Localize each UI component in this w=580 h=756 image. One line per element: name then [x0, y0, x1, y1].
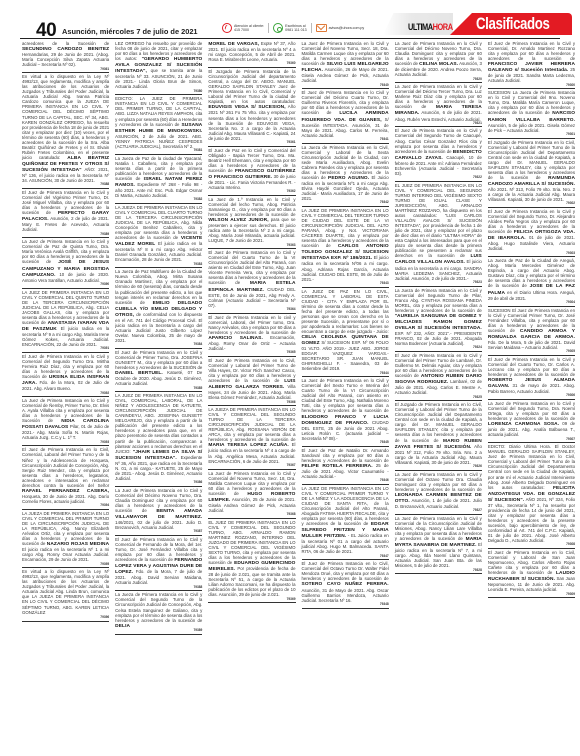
notice-reference-number: 79365 [208, 351, 295, 355]
notice-reference-number: 79393 [22, 441, 109, 445]
notice-reference-number: 79388 [115, 586, 202, 590]
notice-body: El Juez de Primera Instancia en lo Civil… [208, 358, 295, 383]
notice-reference-number: 79342 [302, 201, 389, 205]
notice-body: El Juez de Primera Instancia en lo Civil… [22, 447, 109, 487]
notice-reference-number: 79369 [208, 598, 295, 602]
contact-whatsapp-value: 0981 111 013 [285, 28, 306, 32]
notice-body: La Juez de Primera Instancia en lo Civil… [302, 378, 389, 413]
legal-notice: La Juez de Primera Instancia en lo Civil… [302, 377, 389, 446]
notice-reference-number: 79320 [395, 78, 482, 82]
legal-notice: LEZ ORREGO ha resuelto por proveído de f… [115, 40, 202, 95]
mail-icon [316, 24, 327, 32]
notice-reference-number: 79322 [395, 176, 482, 180]
notice-reference-number: 79321 [395, 122, 482, 126]
notice-footer: Asunción, 31 de Mayo de 2021. Abg. Oscar… [302, 588, 389, 603]
notice-body: La Jueza de Paz Multifuero de la Ciudad … [115, 269, 202, 304]
legal-notice: El Juzgado de Primera Instancia en lo Ci… [395, 401, 482, 470]
page-header: 40 Asunción, miércoles 7 de julio de 202… [0, 0, 580, 40]
notice-reference-number: 79340 [302, 84, 389, 88]
legal-notice: El Juez de Primera Instancia en lo Civil… [488, 356, 575, 400]
notice-body: La Juez de 1.º Instancia en lo Civil y C… [208, 197, 295, 217]
contact-whatsapp[interactable]: Escribinos al 0981 111 013 [273, 23, 311, 33]
legal-notice: EDICTO: LA JUEZ DE PRIMERA INSTANCIA EN … [115, 95, 202, 154]
legal-notice: La Juez de Primera Instancia en lo Civil… [395, 471, 482, 515]
legal-notice: SUCESION El Juez de Primera Instancia en… [488, 307, 575, 356]
legal-notice: La Juez de Primera Instancia en lo Civil… [302, 40, 389, 89]
legal-notice: LA JUEZ DE PRIMERA INSTANCIA EN LO CIVIL… [22, 289, 109, 353]
notice-reference-number: 79364 [208, 308, 295, 312]
notice-body: El Juzgado de Primera Instancia en lo Ci… [488, 140, 575, 180]
notice-body: El Juez de Primera Instancia en lo Civil… [488, 41, 575, 61]
notice-body: EL JUEZ DE PRIMERA INSTANCIA EN LO CIVIL… [395, 183, 482, 259]
notice-reference-number: 79367 [208, 464, 295, 468]
notice-reference-number: 79363 [208, 244, 295, 248]
legal-notice: MOREL DE VARGAS, Expte Nº 37, Año 2021. … [208, 40, 295, 68]
contact-phone[interactable]: Atención al cliente: 415 7000 [222, 23, 269, 33]
brand-part-hora: HORA [433, 22, 453, 33]
notice-footer: Hernandarias, 29 de Junio de 2021. (Abog… [22, 52, 109, 67]
contact-phone-label: Atención al cliente: [234, 24, 264, 28]
notice-reference-number: 79309 [488, 593, 575, 597]
brand-part-ultima: ULTIMA [408, 22, 433, 33]
notice-body: El Juzgado de Primera Instancia de la Ci… [208, 69, 295, 104]
notice-reference-number: 79326 [395, 465, 482, 469]
notice-reference-number: 79304 [488, 301, 575, 305]
whatsapp-icon [273, 23, 283, 33]
notice-reference-number: 79380 [115, 90, 202, 94]
notice-reference-number: 79388 [22, 183, 109, 187]
notice-reference-number: 79382 [115, 198, 202, 202]
legal-notice: El Juez de Primera Instancia en lo Civil… [208, 357, 295, 406]
notice-footer: AÑO 2021, Nº 324, Folio 37 vlto., Secret… [488, 497, 575, 543]
notice-body: El Juez de Primera Instancia en lo Civil… [115, 350, 202, 370]
notice-reference-number: 79392 [22, 392, 109, 396]
notice-reference-number: 79361 [22, 68, 109, 72]
notice-body: LA JUEZ DE PRIMERA INSTANCIA EN LO CIVIL… [22, 290, 109, 325]
legal-notice: En virtud a lo dispuesto en la Ley Nº 49… [22, 73, 109, 189]
notice-footer: Año 2021 Nº 261 Fo 75 Vlto. cita y empla… [208, 104, 295, 140]
notice-body: La Jueza de Primera Instancia en lo Civi… [395, 288, 482, 313]
legal-notice: La Juez de Primera Instancia en lo Civil… [22, 238, 109, 288]
notice-footer: Horqueta, 30 de Junio de 2021. Abg. Darí… [22, 494, 109, 504]
legal-notice: LA JUEZA DE PRIMERA INSTANCIA EN LO CIVI… [115, 204, 202, 268]
notice-body: El Juez de Paz de Natalio Dr. Armando Sa… [302, 448, 389, 463]
legal-notice: El Juzgado de Primera Instancia en lo Ci… [488, 139, 575, 208]
notice-reference-number: 79324 [395, 346, 482, 350]
notice-reference-number: 79308 [488, 543, 575, 547]
notice-body: LA JUEZ DE PRIMERA INSTANCIA EN LO CIVIL… [302, 208, 389, 248]
notice-reference-number: 79325 [395, 396, 482, 400]
notice-reference-number: 79396 [22, 616, 109, 620]
notice-reference-number: 79389 [22, 233, 109, 237]
notice-deceased-name: "AURELIA SANGUINA DE GOMEZ Y MILCIADES R… [395, 314, 482, 331]
notice-reference-number: 79389 [115, 629, 202, 633]
notice-footer: Fdo. De la Mora, 5 de julio de 2021. Dav… [488, 340, 575, 350]
notice-reference-number: 79394 [22, 504, 109, 508]
legal-notice: El Juez de Primera Instancia en lo Civil… [395, 127, 482, 181]
notice-reference-number: 79387 [115, 530, 202, 534]
legal-notice: El Juez de Primera Instancia en lo Civil… [302, 560, 389, 608]
notice-reference-number: 79390 [22, 283, 109, 287]
legal-notice: El Juez de Paz de Natalio Dr. Armando Sa… [302, 447, 389, 485]
legal-notice: El Juez de Primera Instancia en lo Civil… [395, 352, 482, 401]
legal-notice: El Juez de Primera Instancia en lo Civil… [302, 89, 389, 143]
notice-footer: 146/2021, 02 de julio de 2021. Julio D. … [115, 520, 202, 530]
legal-notice: La Jueza de Paz de la Ciudad de Areguá, … [488, 257, 575, 306]
legal-notice: El Juez de Primera Instancia en lo Civil… [22, 189, 109, 238]
notice-reference-number: 79341 [302, 138, 389, 142]
notice-body: La Juez de Primera Instancia en lo Civil… [395, 472, 482, 492]
legal-notice: La Jueza de Paz de la ciudad de Ypacaraí… [115, 155, 202, 204]
column-1: acreedores de la Sucesión de SECUNDINO C… [20, 40, 111, 756]
notice-reference-number: 79391 [22, 347, 109, 351]
legal-notice: LA JUEZ DE PAZ EN LO CIVIL, COMERCIAL Y … [302, 288, 389, 378]
notice-reference-number: 79327 [395, 509, 482, 513]
notice-reference-number: 79395 [22, 563, 109, 567]
column-5: La Juez de Primera Instancia en lo Civil… [393, 40, 484, 756]
notice-reference-number: 79360 [208, 62, 295, 66]
legal-notice: LA JUEZ DE PRIMERA INSTANCIA EN LO CIVIL… [302, 485, 389, 561]
header-rule [20, 38, 560, 39]
legal-notice: El Juez de Primera Instancia en lo Civil… [115, 349, 202, 392]
notice-reference-number: 79381 [115, 149, 202, 153]
notice-reference-number: 79361 [208, 141, 295, 145]
phone-icon [222, 23, 232, 33]
legal-notice: El Juez de Paz en lo Civil y Comercial d… [208, 147, 295, 196]
notice-body: EL JUEZ DE PRIMERA INSTANCIA EN LO CIVIL… [208, 520, 295, 565]
notice-body: LA JUEZ DE PAZ EN LO CIVIL, COMERCIAL Y … [302, 289, 389, 334]
notice-reference-number: 79346 [302, 479, 389, 483]
notice-body: El Juez de Primera Instancia en lo Civil… [302, 561, 389, 581]
notice-body: LA JUEZA DE PRIMERA INSTANCIA EN LO CIVI… [22, 511, 109, 546]
notice-reference-number: 79328 [395, 569, 482, 573]
legal-notice: LA JUEZA DE PRIMERA INSTANCIA EN LO CIVI… [22, 510, 109, 568]
legal-notice: La Jueza de Primera Instancia en lo Civi… [115, 591, 202, 634]
brand-logo: ULTIMAHORA [408, 22, 453, 33]
legal-notice: EL JUEZ DE PRIMERA INSTANCIA EN LO CIVIL… [395, 182, 482, 287]
legal-notice: El Juez de Primera Instancia en lo Civil… [22, 446, 109, 509]
notice-reference-number: 79348 [302, 603, 389, 607]
notice-body: En virtud a lo dispuesto en la Ley Nº 49… [22, 569, 109, 614]
notice-footer: ASUNCIÓN, 2 de Julio de 2021. ABG. YENNY… [115, 134, 202, 149]
contact-bar: Atención al cliente: 415 7000 Escribinos… [222, 21, 368, 35]
notice-body: LA JUEZ DE PRIMERA INSTANCIA EN LO CIVIL… [115, 393, 202, 454]
notice-reference-number: 79302 [488, 202, 575, 206]
notice-reference-number: 79303 [488, 252, 575, 256]
notice-body: LA JUEZ DE PRIMERA INSTANCIA EN LO CIVIL… [302, 486, 389, 526]
notice-footer: Asunción, 5 de julio de 2021. Gisela Góm… [488, 123, 575, 133]
legal-notice: El Juez de Primera Instancia en lo Civil… [488, 40, 575, 89]
legal-notice: La Juez de 1.º Instancia en lo Civil y C… [208, 196, 295, 249]
legal-notice: La Juez de Primera Instancia en lo Civil… [395, 40, 482, 83]
notice-body: La Jueza de Primera Instancia en lo Civi… [115, 592, 202, 622]
column-3: MOREL DE VARGAS, Expte Nº 37, Año 2021. … [206, 40, 297, 756]
notice-reference-number: 79307 [488, 438, 575, 442]
notice-reference-number: 79347 [302, 555, 389, 559]
classifieds-columns: acreedores de la Sucesión de SECUNDINO C… [20, 40, 577, 756]
notice-body: El Juez de Primera Instancia en lo civil… [208, 315, 295, 335]
notice-body: El Juez de Primera Instancia en lo Civil… [488, 357, 575, 377]
legal-notice: En virtud a lo dispuesto en la Ley Nº 49… [22, 568, 109, 621]
column-2: LEZ ORREGO ha resuelto por proveído de f… [113, 40, 204, 756]
notice-body: LA JUEZA DE PRIMERA INSTANCIA EN LO CIVI… [115, 205, 202, 240]
legal-notice: La Jueza de Primera Instancia en lo Civi… [395, 287, 482, 352]
legal-notice: EL JUEZ DE PRIMERA INSTANCIA EN LO CIVIL… [208, 519, 295, 604]
notice-reference-number: 79386 [115, 481, 202, 485]
notice-reference-number: 79384 [115, 343, 202, 347]
notice-body: En virtud a lo dispuesto en la Ley Nº 49… [22, 74, 109, 160]
notice-reference-number: 79343 [302, 282, 389, 286]
legal-notice: El Juez de Primera Instancia en lo Civil… [208, 249, 295, 313]
notice-reference-number: 79345 [302, 441, 389, 445]
notice-deceased-name: FRANCISCO JAVIER HERRERA GALEANO s/ Suce… [488, 62, 575, 73]
notice-body: acreedores de la Sucesión de [22, 41, 109, 46]
legal-notice: La Juez de Primera Instancia en lo Civil… [395, 83, 482, 127]
legal-notice: SUCESION La Jueza de Primera Instancia e… [488, 89, 575, 138]
notice-reference-number: 79300 [488, 84, 575, 88]
notice-reference-number: 79368 [208, 513, 295, 517]
notice-footer: EXP. Nº 232, AÑO: 2021".- PRESIDENTE FRA… [395, 331, 482, 346]
edition-date: Asunción, miércoles 7 de julio de 2021 [62, 27, 198, 36]
legal-notice: LA JUEZ DE PRIMERA INSTANCIA EN LO CIVIL… [302, 207, 389, 288]
notice-reference-number: 79306 [488, 394, 575, 398]
contact-email-value: avisos@uhora.com.py [329, 26, 365, 30]
section-title: Clasificados [476, 14, 549, 34]
notice-footer: Año 2021. Nº 313, Folio 79 vlto. Sria. N… [488, 187, 575, 202]
notice-reference-number: 79366 [208, 401, 295, 405]
legal-notice: El Juez de Primera Instancia en lo Civil… [488, 208, 575, 257]
legal-notice: El Juzgado de Primera Instancia de la Ci… [208, 68, 295, 147]
legal-notice: La Juez de Primera Instancia en lo Civil… [395, 515, 482, 574]
legal-notice: La Juez de Primera Instancia en lo Civil… [208, 470, 295, 519]
notice-body: LA JUEZA DE PRIMERA INSTANCIA EN LO CIVI… [208, 407, 295, 442]
contact-phone-value: 415 7000 [234, 28, 249, 32]
legal-notice: El Juez de Primera Instancia en lo civil… [208, 314, 295, 357]
legal-notice: La Juez de Primera Instancia en lo Civil… [488, 400, 575, 443]
notice-body: EDICTO: Diario Ultima Hora. El Doctor MA… [488, 444, 575, 489]
legal-notice: LA JUEZA DE PRIMERA INSTANCIA EN LO CIVI… [208, 406, 295, 469]
column-4: La Juez de Primera Instancia en lo Civil… [300, 40, 391, 756]
column-6: El Juez de Primera Instancia en lo Civil… [486, 40, 577, 756]
notice-reference-number: 79305 [488, 350, 575, 354]
notice-deceased-name: DELIA [115, 624, 130, 629]
legal-notice: EDICTO: Diario Ultima Hora. El Doctor MA… [488, 443, 575, 549]
legal-notice: LA JUEZ DE PRIMERA INSTANCIA EN LO CIVIL… [115, 392, 202, 487]
notice-reference-number: 79323 [395, 281, 482, 285]
notice-reference-number: 79383 [115, 263, 202, 267]
contact-whatsapp-label: Escribinos al [285, 24, 305, 28]
notice-body: El Juzgado de Primera Instancia en lo Ci… [395, 402, 482, 442]
contact-email[interactable]: avisos@uhora.com.py [316, 24, 369, 32]
notice-reference-number: 79362 [208, 190, 295, 194]
legal-notice: La Jueza de Primera Instancia en lo Civi… [302, 144, 389, 207]
notice-reference-number: 79301 [488, 133, 575, 137]
legal-notice: El Juez de Primera Instancia en lo Civil… [488, 549, 575, 598]
legal-notice: La Juez de Primera Instancia en lo Civil… [22, 397, 109, 446]
legal-notice: La Jueza de Paz Multifuero de la Ciudad … [115, 268, 202, 349]
legal-notice: El Juez de Primera Instancia en lo Civil… [22, 353, 109, 397]
notice-footer: El juicio radica en la secretaría Nº 1 a… [22, 547, 109, 562]
legal-notice: acreedores de la Sucesión de SECUNDINO C… [22, 40, 109, 73]
legal-notice: La Juez de Primera Instancia en lo Civil… [115, 487, 202, 536]
notice-reference-number: 79385 [115, 387, 202, 391]
notice-body: La Juez de Primera Instancia en lo Civil… [488, 401, 575, 421]
legal-notice: El Juez de Primera Instancia en lo Civil… [115, 536, 202, 591]
notice-reference-number: 79344 [302, 372, 389, 376]
